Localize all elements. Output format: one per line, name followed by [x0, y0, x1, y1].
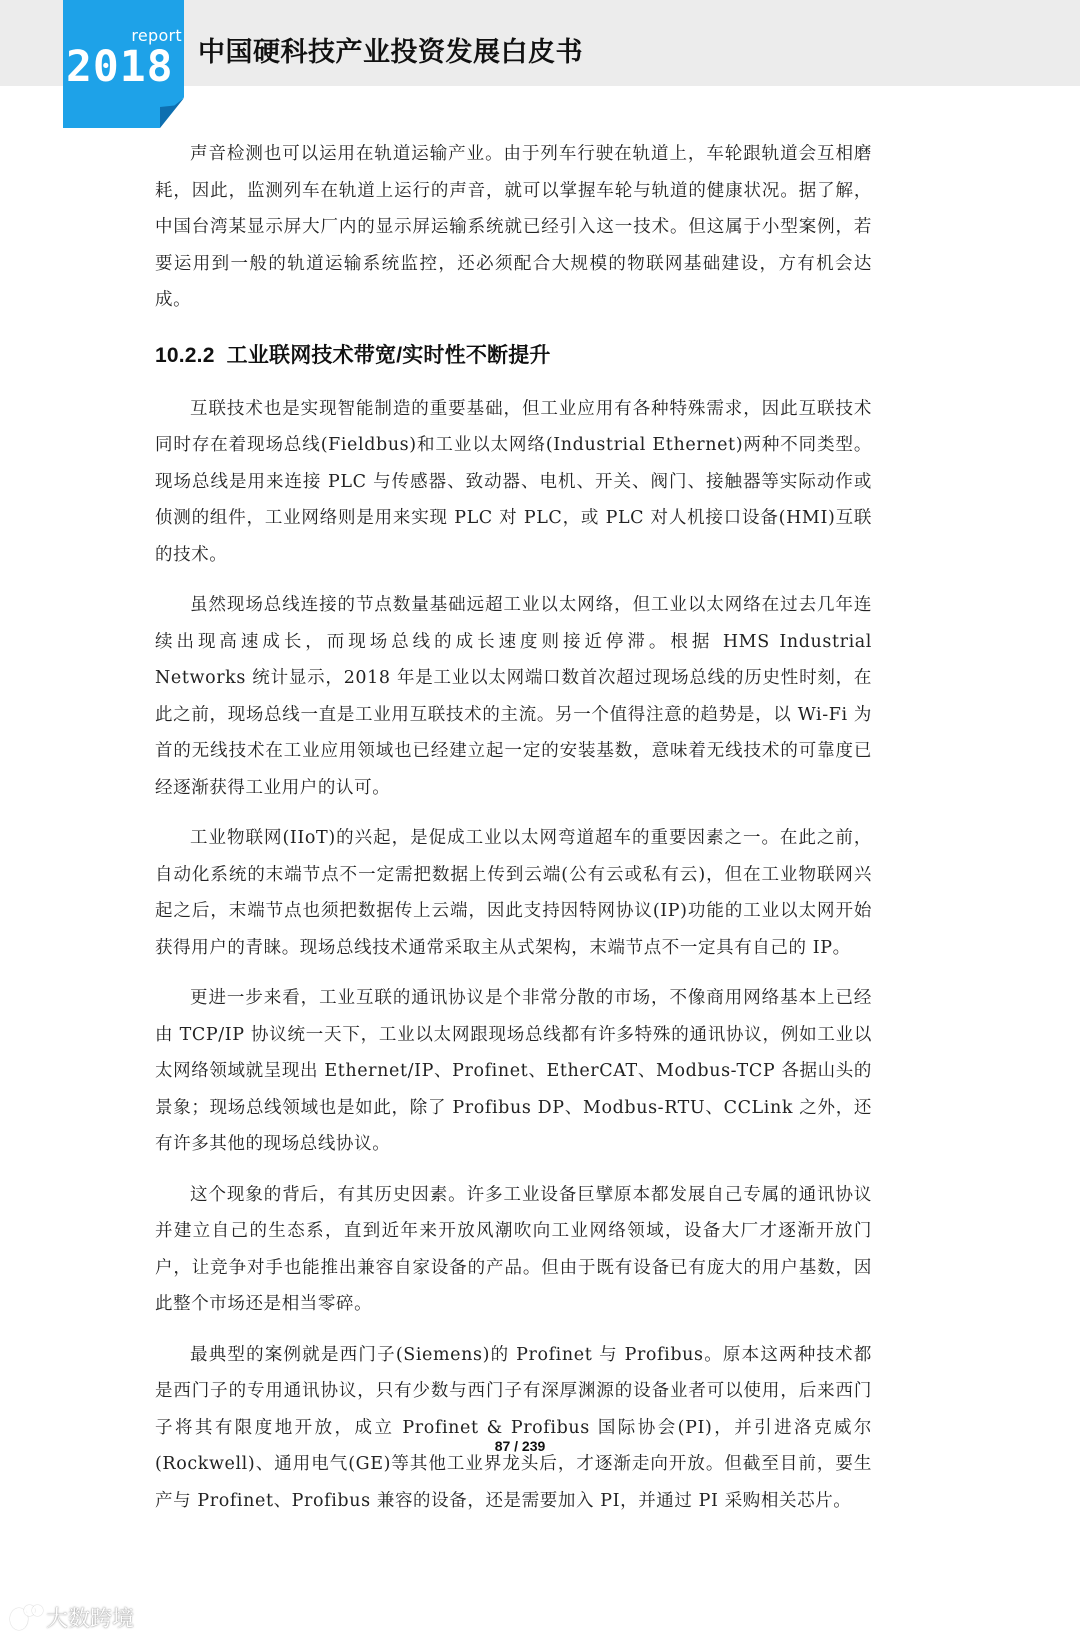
body-paragraph: 更进一步来看，工业互联的通讯协议是个非常分散的市场，不像商用网络基本上已经由 T… — [155, 980, 872, 1163]
watermark-text: 大数跨境 — [46, 1602, 134, 1633]
watermark-logo-icon — [8, 1604, 42, 1630]
page-number: 87 / 239 — [0, 1438, 1040, 1454]
section-title: 工业联网技术带宽/实时性不断提升 — [227, 344, 551, 367]
badge-year-label: 2018 — [66, 44, 182, 90]
body-paragraph: 这个现象的背后，有其历史因素。许多工业设备巨擘原本都发展自己专属的通讯协议并建立… — [155, 1177, 872, 1323]
body-paragraph: 虽然现场总线连接的节点数量基础远超工业以太网络，但工业以太网络在过去几年连续出现… — [155, 587, 872, 806]
intro-paragraph: 声音检测也可以运用在轨道运输产业。由于列车行驶在轨道上，车轮跟轨道会互相磨耗，因… — [155, 136, 872, 319]
section-number: 10.2.2 — [155, 344, 215, 367]
section-heading: 10.2.2工业联网技术带宽/实时性不断提升 — [155, 339, 872, 369]
body-paragraph: 工业物联网(IIoT)的兴起，是促成工业以太网弯道超车的重要因素之一。在此之前，… — [155, 820, 872, 966]
body-paragraph: 互联技术也是实现智能制造的重要基础，但工业应用有各种特殊需求，因此互联技术同时存… — [155, 391, 872, 574]
document-title: 中国硬科技产业投资发展白皮书 — [198, 30, 583, 69]
page-content: 声音检测也可以运用在轨道运输产业。由于列车行驶在轨道上，车轮跟轨道会互相磨耗，因… — [155, 136, 872, 1519]
body-paragraph: 最典型的案例就是西门子(Siemens)的 Profinet 与 Profibu… — [155, 1337, 872, 1520]
watermark: 大数跨境 — [8, 1602, 134, 1632]
